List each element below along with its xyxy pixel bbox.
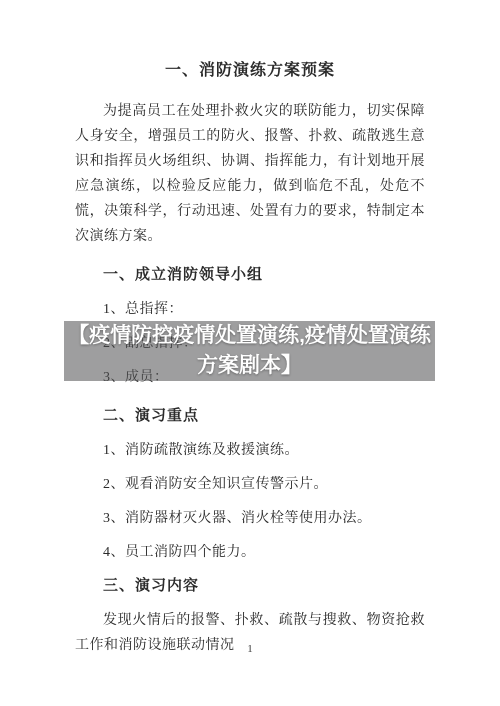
list-item: 1、总指挥：: [75, 297, 425, 322]
list-item: 3、消防器材灭火器、消火栓等使用办法。: [75, 506, 425, 531]
section-2-heading: 二、演习重点: [75, 404, 425, 429]
list-item: 1、消防疏散演练及救援演练。: [75, 438, 425, 463]
list-item: 4、员工消防四个能力。: [75, 540, 425, 565]
section-1-heading: 一、成立消防领导小组: [75, 263, 425, 288]
page-title: 一、消防演练方案预案: [75, 60, 425, 82]
intro-paragraph: 为提高员工在处理扑救火灾的联防能力，切实保障人身安全，增强员工的防火、报警、扑救…: [75, 99, 425, 249]
page-number: 1: [0, 642, 500, 656]
document-page: 一、消防演练方案预案 为提高员工在处理扑救火灾的联防能力，切实保障人身安全，增强…: [0, 0, 500, 706]
list-item: 2、观看消防安全知识宣传警示片。: [75, 472, 425, 497]
watermark-text: 【疫情防控疫情处置演练,疫情处置演练方案剧本】: [66, 321, 433, 381]
watermark-banner: 【疫情防控疫情处置演练,疫情处置演练方案剧本】: [64, 321, 435, 381]
section-3-heading: 三、演习内容: [75, 574, 425, 599]
